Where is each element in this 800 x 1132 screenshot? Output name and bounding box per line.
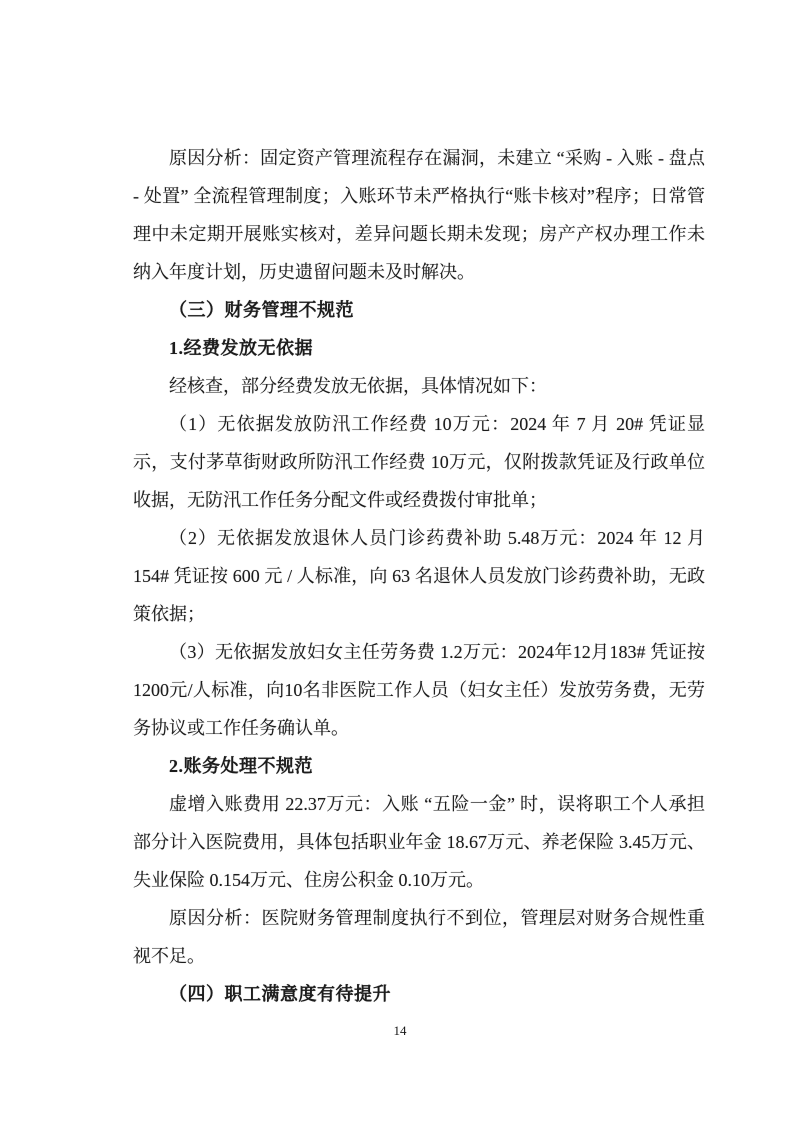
heading-section-3-financial-management: （三）财务管理不规范 xyxy=(133,291,705,329)
document-page: 原因分析：固定资产管理流程存在漏洞，未建立 “采购 - 入账 - 盘点 - 处置… xyxy=(0,0,800,1132)
heading-sub-1-fund-disbursement: 1.经费发放无依据 xyxy=(133,329,705,367)
heading-section-4-employee-satisfaction: （四）职工满意度有待提升 xyxy=(133,975,705,1013)
page-footer: 14 xyxy=(0,1022,800,1040)
paragraph-item-1-flood-funds: （1）无依据发放防汛工作经费 10万元：2024 年 7 月 20# 凭证显示，… xyxy=(133,405,705,519)
document-body: 原因分析：固定资产管理流程存在漏洞，未建立 “采购 - 入账 - 盘点 - 处置… xyxy=(133,139,705,1013)
page-number: 14 xyxy=(394,1023,407,1038)
paragraph-item-2-retiree-subsidy: （2）无依据发放退休人员门诊药费补助 5.48万元：2024 年 12 月 15… xyxy=(133,519,705,633)
paragraph-item-3-womens-director-fee: （3）无依据发放妇女主任劳务费 1.2万元：2024年12月183# 凭证按 1… xyxy=(133,633,705,747)
paragraph-cause-analysis-assets: 原因分析：固定资产管理流程存在漏洞，未建立 “采购 - 入账 - 盘点 - 处置… xyxy=(133,139,705,291)
heading-sub-2-accounting-irregular: 2.账务处理不规范 xyxy=(133,747,705,785)
paragraph-inflated-expenses: 虚增入账费用 22.37万元：入账 “五险一金” 时，误将职工个人承担部分计入医… xyxy=(133,785,705,899)
paragraph-cause-analysis-finance: 原因分析：医院财务管理制度执行不到位，管理层对财务合规性重视不足。 xyxy=(133,899,705,975)
paragraph-verification-intro: 经核查，部分经费发放无依据，具体情况如下： xyxy=(133,367,705,405)
